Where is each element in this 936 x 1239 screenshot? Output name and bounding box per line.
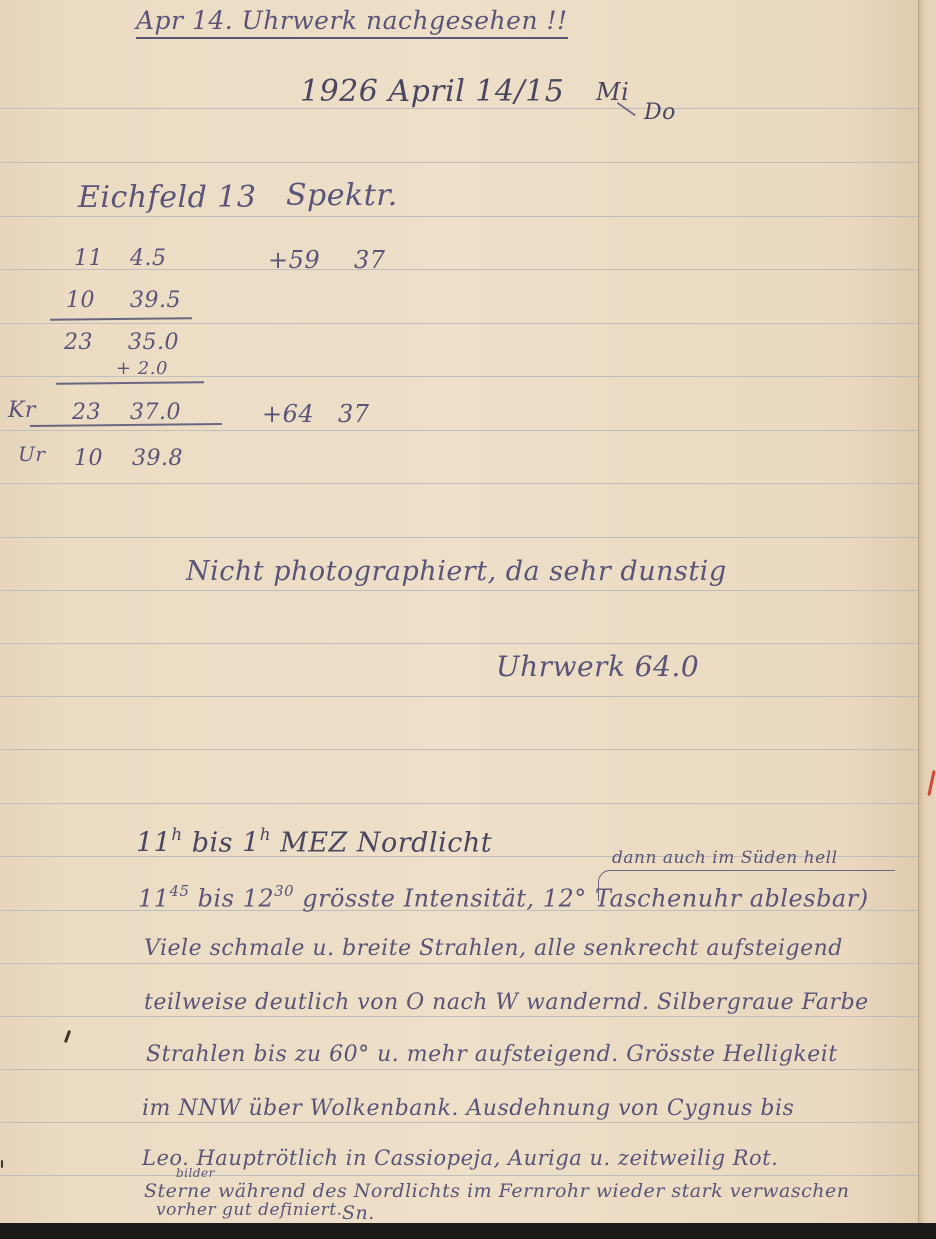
row3-value: 35.0: [128, 330, 179, 355]
aurora-end-hour-unit: h: [260, 824, 271, 844]
entry-title: 1926 April 14/15: [300, 74, 564, 109]
aurora-line-6: Leo. Hauptrötlich in Cassiopeja, Auriga …: [142, 1146, 778, 1170]
row6-value: 39.8: [132, 446, 183, 471]
row6-hour: 10: [74, 446, 103, 471]
aurora-line-3: teilweise deutlich von O nach W wandernd…: [144, 990, 869, 1015]
ruling-line: [0, 162, 936, 163]
aurora-line-7: Sterne während des Nordlichts im Fernroh…: [144, 1180, 850, 1202]
intensity-start: 11: [138, 884, 170, 912]
ink-speck: [64, 1030, 71, 1043]
ruling-line: [0, 1122, 936, 1123]
aurora-line-2: Viele schmale u. breite Strahlen, alle s…: [144, 936, 843, 961]
ink-speck: [1, 1160, 3, 1168]
ruling-line: [0, 483, 936, 484]
row3-hour: 23: [64, 330, 93, 355]
aurora-line-5: im NNW über Wolkenbank. Ausdehnung von C…: [142, 1096, 794, 1121]
aurora-line-7-insertion: bilder: [176, 1166, 215, 1180]
row5-spec-b: 37: [338, 400, 370, 428]
row5-hour: 23: [72, 400, 101, 425]
ruling-line: [0, 963, 936, 964]
intensity-start-minutes: 45: [170, 882, 190, 900]
clockwork-checked-note: Apr 14. Uhrwerk nachgesehen !!: [136, 6, 568, 39]
intensity-text: grösste Intensität, 12° Taschenuhr ables…: [294, 884, 869, 912]
row1-spec-a: +59: [268, 246, 320, 274]
adjacent-page-edge: [918, 0, 936, 1223]
row5-label: Kr: [8, 398, 36, 423]
ruling-line: [0, 1016, 936, 1017]
aurora-line-1: 1145 bis 1230 grösste Intensität, 12° Ta…: [138, 882, 869, 912]
row2-hour: 10: [66, 288, 95, 313]
ruling-line: [0, 1175, 936, 1176]
aurora-title-text: MEZ Nordlicht: [280, 828, 492, 859]
ruling-line: [0, 590, 936, 591]
aurora-line-4: Strahlen bis zu 60° u. mehr aufsteigend.…: [146, 1042, 838, 1067]
row5-spec-a: +64: [262, 400, 314, 428]
row2-value: 39.5: [130, 288, 181, 313]
ruling-line: [0, 537, 936, 538]
clockwork-reading: Uhrwerk 64.0: [496, 650, 699, 683]
row1-value: 4.5: [130, 246, 167, 271]
ruling-line: [0, 323, 936, 324]
interlinear-insertion: dann auch im Süden hell: [612, 848, 838, 868]
ruling-line: [0, 749, 936, 750]
row5-value: 37.0: [130, 400, 181, 425]
aurora-start-hour-unit: h: [171, 824, 182, 844]
aurora-title: 11h bis 1h MEZ Nordlicht: [136, 824, 492, 859]
ruling-line: [0, 696, 936, 697]
row4-correction: + 2.0: [116, 358, 168, 379]
weekday-bottom: Do: [644, 100, 676, 125]
aurora-bis: bis: [192, 828, 233, 859]
row1-spec-b: 37: [354, 246, 386, 274]
aurora-line-8: vorher gut definiert.: [156, 1200, 343, 1220]
ruling-line: [0, 643, 936, 644]
scan-background: [0, 1223, 936, 1239]
kr-underline: [30, 423, 222, 427]
ruling-line: [0, 803, 936, 804]
intensity-end-minutes: 30: [274, 882, 294, 900]
ruling-line: [0, 216, 936, 217]
col-heading-spektr: Spektr.: [286, 178, 398, 213]
entry-date: April 14/15: [388, 74, 564, 109]
row1-hour: 11: [74, 246, 103, 271]
intensity-end: bis 12: [189, 884, 274, 912]
correction-underline: [56, 381, 204, 385]
ruling-line: [0, 430, 936, 431]
aurora-start-hour: 11: [136, 828, 171, 859]
not-photographed-note: Nicht photographiert, da sehr dunstig: [186, 556, 727, 587]
notebook-page: Apr 14. Uhrwerk nachgesehen !! 1926 Apri…: [0, 0, 918, 1223]
signature: Sn.: [342, 1202, 375, 1224]
row6-label: Ur: [18, 442, 45, 466]
entry-number: 1926: [300, 74, 378, 109]
aurora-end-hour: 1: [242, 828, 260, 859]
ruling-line: [0, 1069, 936, 1070]
sum-underline: [50, 317, 192, 320]
col-heading-eichfeld: Eichfeld 13: [78, 180, 256, 215]
